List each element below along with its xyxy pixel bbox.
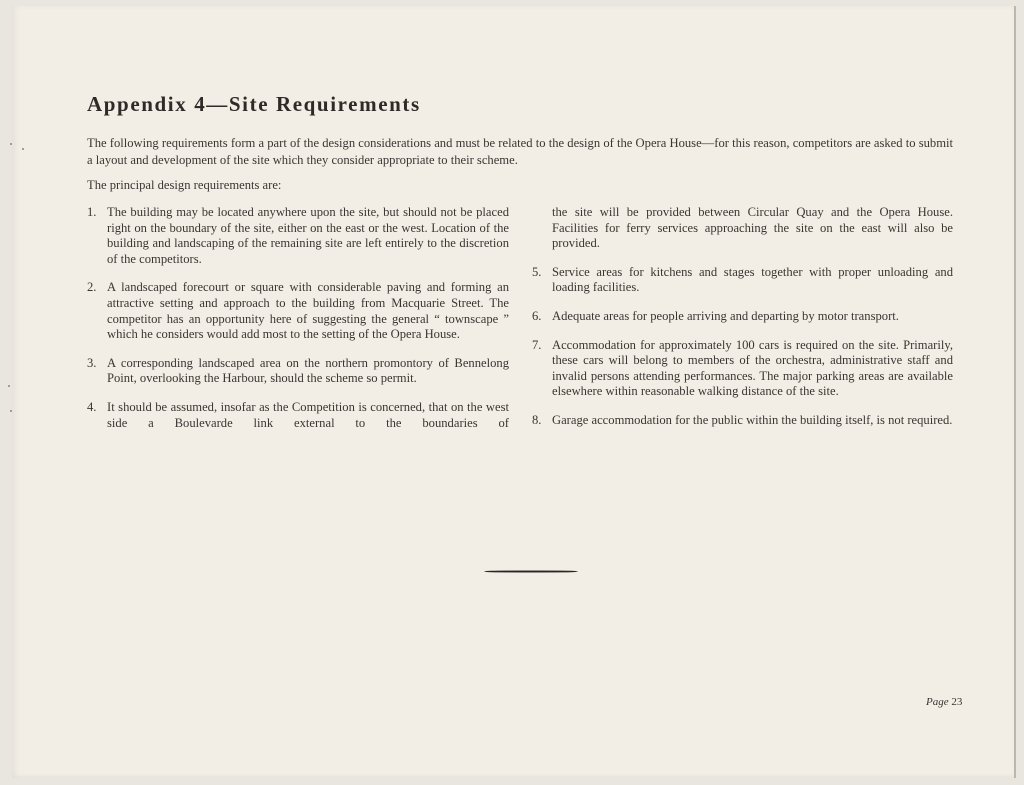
- item-number: 1.: [87, 205, 96, 221]
- margin-speck: [8, 385, 10, 387]
- item-number: 3.: [87, 356, 96, 372]
- right-column: the site will be provided between Circul…: [532, 205, 953, 442]
- item-text: Garage accommodation for the public with…: [552, 413, 952, 427]
- margin-speck: [10, 143, 12, 145]
- margin-speck: [10, 410, 12, 412]
- requirement-item: 1. The building may be located anywhere …: [87, 205, 509, 267]
- requirement-item: 3. A corresponding landscaped area on th…: [87, 356, 509, 387]
- item-number: 6.: [532, 309, 541, 325]
- page-label: Page: [926, 696, 949, 708]
- requirement-item: 2. A landscaped forecourt or square with…: [87, 280, 509, 342]
- left-column: 1. The building may be located anywhere …: [87, 205, 509, 444]
- requirement-item: 8. Garage accommodation for the public w…: [532, 413, 953, 429]
- item-number: 4.: [87, 400, 96, 416]
- margin-speck: [22, 148, 24, 150]
- lead-sentence: The principal design requirements are:: [87, 177, 281, 194]
- item-number: 5.: [532, 265, 541, 281]
- item-number: 8.: [532, 413, 541, 429]
- item-number: 7.: [532, 338, 541, 354]
- page-number-value: 23: [951, 696, 962, 708]
- item-number: 2.: [87, 280, 96, 296]
- item-text: Service areas for kitchens and stages to…: [552, 265, 953, 295]
- item-text: Accommodation for approximately 100 cars…: [552, 338, 953, 399]
- intro-paragraph: The following requirements form a part o…: [87, 135, 953, 169]
- item-continuation: the site will be provided between Circul…: [532, 205, 953, 252]
- item-text: A landscaped forecourt or square with co…: [107, 280, 509, 341]
- section-divider: [484, 570, 578, 573]
- requirement-item: 5. Service areas for kitchens and stages…: [532, 265, 953, 296]
- item-text: A corresponding landscaped area on the n…: [107, 356, 509, 386]
- requirement-item: 7. Accommodation for approximately 100 c…: [532, 338, 953, 400]
- document-page: Appendix 4—Site Requirements The followi…: [12, 6, 1016, 778]
- item-text: Adequate areas for people arriving and d…: [552, 309, 899, 323]
- requirement-item: 6. Adequate areas for people arriving an…: [532, 309, 953, 325]
- requirement-item: 4. It should be assumed, insofar as the …: [87, 400, 509, 431]
- page-title: Appendix 4—Site Requirements: [87, 92, 421, 117]
- item-text: The building may be located anywhere upo…: [107, 205, 509, 266]
- page-number: Page 23: [926, 696, 962, 708]
- item-text: It should be assumed, insofar as the Com…: [107, 400, 509, 430]
